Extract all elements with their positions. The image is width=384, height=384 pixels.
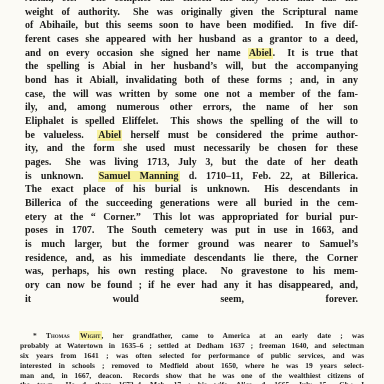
text-segment: ory can now be found ; if he ever had an…	[25, 280, 358, 291]
text-segment: ity, and the form she used must necessar…	[25, 143, 358, 154]
text-segment: be valueless.	[25, 130, 97, 141]
text-segment: case, the will was written by some one n…	[25, 89, 358, 100]
text-line: man and, in 1667, deacon. Records show t…	[20, 371, 364, 381]
text-line: is much larger, but the former ground wa…	[25, 238, 358, 252]
text-line: The exact place of his burial is unknown…	[25, 183, 358, 197]
text-segment: bond has it Abiall, invalidating both of…	[25, 75, 358, 86]
text-line: was, perhaps, his own resting place. No …	[25, 265, 358, 279]
text-segment: weight of authority. She was originally …	[25, 7, 358, 18]
text-segment: of Abihaile, but this seems soon to have…	[25, 20, 358, 31]
text-segment: and on every occasion she signed her nam…	[25, 48, 248, 59]
text-segment: six years from 1641 ; was often selected…	[20, 351, 364, 360]
text-segment: herself must be considered the prime aut…	[122, 130, 358, 141]
scanned-book-page: Abiall, etc. The compiler has chosen the…	[0, 0, 384, 384]
search-highlight: Abiel	[97, 130, 122, 141]
text-line: the town. He d. there 1673–4, Mch. 17 ; …	[20, 380, 364, 384]
text-line: ily, and, among numerous other errors, t…	[25, 101, 358, 115]
text-line: and on every occasion she signed her nam…	[25, 47, 358, 61]
text-line: Abiall, etc. The compiler has chosen the…	[25, 0, 358, 6]
text-segment: man and, in 1667, deacon. Records show t…	[20, 371, 364, 380]
text-segment: . It is true that	[273, 48, 358, 59]
text-line: interested in schools ; removed to Medfi…	[20, 361, 364, 371]
text-line: is unknown. Samuel Manning d. 1710–11, F…	[25, 170, 358, 184]
text-segment: pages. She was living 1713, July 3, but …	[25, 157, 358, 168]
text-line: * Thomas Wight, her grandfather, came to…	[20, 331, 364, 341]
text-line: the spelling is Abial in her husband’s w…	[25, 60, 358, 74]
text-line: bond has it Abiall, invalidating both of…	[25, 74, 358, 88]
footnote-block: * Thomas Wight, her grandfather, came to…	[20, 331, 364, 384]
text-line: probably at Watertown in 1635–6 ; settle…	[20, 341, 364, 351]
text-line: pages. She was living 1713, July 3, but …	[25, 156, 358, 170]
text-segment: Eliphalet is spelled Eliffelet. This sho…	[25, 116, 358, 127]
text-segment: poses in 1707. The South cemetery was pu…	[25, 225, 358, 236]
text-line: ferent cases she appeared with her husba…	[25, 33, 358, 47]
text-line: it would seem, forever.	[25, 293, 358, 307]
text-segment: Abiall, etc. The compiler has chosen the…	[25, 0, 358, 4]
text-segment: the spelling is Abial in her husband’s w…	[25, 61, 358, 72]
text-segment: is unknown.	[25, 171, 98, 182]
text-segment: etery at the “ Corner.” This lot was app…	[25, 212, 358, 223]
text-line: six years from 1641 ; was often selected…	[20, 351, 364, 361]
text-segment: * Thomas	[33, 331, 79, 340]
text-segment: residence, and, as his immediate descend…	[25, 253, 358, 264]
text-segment: ily, and, among numerous other errors, t…	[25, 102, 358, 113]
text-segment: was, perhaps, his own resting place. No …	[25, 266, 358, 277]
text-line: weight of authority. She was originally …	[25, 6, 358, 20]
text-line: of Abihaile, but this seems soon to have…	[25, 19, 358, 33]
text-segment: The exact place of his burial is unknown…	[25, 184, 358, 195]
text-line: Eliphalet is spelled Eliffelet. This sho…	[25, 115, 358, 129]
text-segment: it would seem, forever.	[25, 294, 358, 305]
text-line: poses in 1707. The South cemetery was pu…	[25, 224, 358, 238]
text-line: ity, and the form she used must necessar…	[25, 142, 358, 156]
text-line: ory can now be found ; if he ever had an…	[25, 279, 358, 293]
text-line: residence, and, as his immediate descend…	[25, 252, 358, 266]
text-segment: the town. He d. there 1673–4, Mch. 17 ; …	[20, 380, 364, 384]
text-line: be valueless. Abiel herself must be cons…	[25, 129, 358, 143]
text-line: etery at the “ Corner.” This lot was app…	[25, 211, 358, 225]
search-highlight: Abiel	[248, 48, 273, 59]
text-segment: ferent cases she appeared with her husba…	[25, 34, 358, 45]
text-segment: , her grandfather, came to America at an…	[102, 331, 365, 340]
search-highlight: Samuel Manning	[98, 171, 180, 182]
text-line: Billerica of the succeeding generations …	[25, 197, 358, 211]
text-segment: Billerica of the succeeding generations …	[25, 198, 358, 209]
text-segment: is much larger, but the former ground wa…	[25, 239, 358, 250]
text-segment: interested in schools ; removed to Medfi…	[20, 361, 364, 370]
text-line: case, the will was written by some one n…	[25, 88, 358, 102]
text-segment: probably at Watertown in 1635–6 ; settle…	[20, 341, 364, 350]
search-highlight: Wight	[79, 331, 102, 340]
main-text-block: Abiall, etc. The compiler has chosen the…	[25, 0, 358, 306]
text-segment: d. 1710–11, Feb. 22, at Billerica.	[180, 171, 358, 182]
